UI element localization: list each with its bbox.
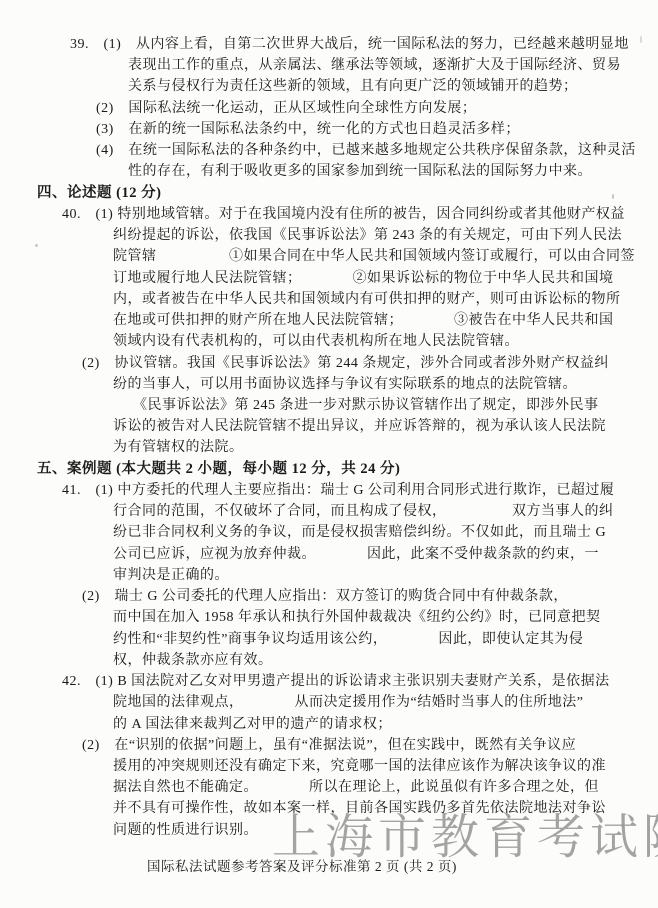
answer-41-line-4: 审判决是正确的。	[0, 565, 658, 586]
answer-41-line-3: 公司已应诉，应视为放弃仲裁。 因此，此案不受仲裁条款的约束，一	[0, 544, 658, 565]
answer-41-line-8: 权，仲裁条款亦应有效。	[0, 650, 658, 671]
answer-39-line-2: 关系与侵权行为责任这些新的领域，且有向更广泛的领域铺开的趋势；	[0, 76, 658, 97]
answer-40-line-4: 内，或者被告在中华人民共和国领域内有可供扣押的财产，则可由诉讼标的物所	[0, 289, 658, 310]
answer-39-line-3: (2) 国际私法统一化运动，正从区域性向全球性方向发展；	[0, 98, 658, 119]
answer-40-line-3: 订地或履行地人民法院管辖； ②如果诉讼标的物位于中华人民共和国境	[0, 268, 658, 289]
page-footer: 国际私法试题参考答案及评分标准第 2 页 (共 2 页)	[147, 855, 457, 875]
answer-40-line-5: 在地或可供扣押的财产所在地人民法院管辖； ③被告在中华人民共和国	[0, 310, 658, 331]
section-heading-essay: 四、论述题 (12 分)	[0, 183, 658, 204]
scanned-answer-key-page: 39. (1) 从内容上看，自第二次世界大战后，统一国际私法的努力，已经越来越明…	[0, 0, 658, 908]
answer-39-line-6: 性的存在，有利于吸收更多的国家参加到统一国际私法的国际努力中来。	[0, 161, 658, 182]
answer-41-line-2: 纷已非合同权利义务的争议，而是侵权损害赔偿纠纷。不仅如此，而且瑞士 G	[0, 522, 658, 543]
scan-speck	[621, 824, 624, 827]
answer-40-line-11: 为有管辖权的法院。	[0, 437, 658, 458]
scan-speck	[640, 36, 642, 43]
answer-42-line-4: 援用的冲突规则还没有确定下来，究竟哪一国的法律应该作为解决该争议的准	[0, 756, 658, 777]
answer-39-line-4: (3) 在新的统一国际私法条约中，统一化的方式也日趋灵活多样；	[0, 119, 658, 140]
scan-speck	[612, 194, 614, 199]
answer-39-line-0: 39. (1) 从内容上看，自第二次世界大战后，统一国际私法的努力，已经越来越明…	[0, 34, 658, 55]
answer-40-line-1: 纠纷提起的诉讼，依我国《民事诉讼法》第 243 条的有关规定，可由下列人民法	[0, 225, 658, 246]
answer-40-line-6: 领域内设有代表机构的，可以由代表机构所在地人民法院管辖。	[0, 331, 658, 352]
answer-42-line-3: (2) 在“识别的依据”问题上，虽有“准据法说”，但在实践中，既然有关争议应	[0, 735, 658, 756]
answer-41-line-6: 而中国在加入 1958 年承认和执行外国仲裁裁决《纽约公约》时，已同意把契	[0, 607, 658, 628]
answer-40-line-10: 诉讼的被告对人民法院管辖不提出异议，并应诉答辩的，视为承认该人民法院	[0, 416, 658, 437]
answer-42-line-0: 42. (1) B 国法院对乙女对甲男遗产提出的诉讼请求主张识别夫妻财产关系，是…	[0, 671, 658, 692]
answer-41-line-1: 行合同的范围，不仅破坏了合同，而且构成了侵权， 双方当事人的纠	[0, 501, 658, 522]
answer-42-line-2: 的 A 国法律来裁判乙对甲的遗产的请求权；	[0, 714, 658, 735]
answer-39-line-5: (4) 在统一国际私法的各种条约中，已越来越多地规定公共秩序保留条款，这种灵活	[0, 140, 658, 161]
answer-40-line-0: 40. (1) 特别地域管辖。对于在我国境内没有住所的被告，因合同纠纷或者其他财…	[0, 204, 658, 225]
answer-40-line-2: 院管辖 ①如果合同在中华人民共和国领域内签订或履行，可以由合同签	[0, 246, 658, 267]
answer-42-line-5: 据法自然也不能确定。 所以在理论上，此说虽似有许多合理之处，但	[0, 777, 658, 798]
answer-41-line-0: 41. (1) 中方委托的代理人主要应指出：瑞士 G 公司利用合同形式进行欺诈，…	[0, 480, 658, 501]
answer-40-line-8: 纷的当事人，可以用书面协议选择与争议有实际联系的地点的法院管辖。	[0, 374, 658, 395]
answer-41-line-5: (2) 瑞士 G 公司委托的代理人应指出：双方签订的购货合同中有仲裁条款，	[0, 586, 658, 607]
answer-40-line-7: (2) 协议管辖。我国《民事诉讼法》第 244 条规定，涉外合同或者涉外财产权益…	[0, 353, 658, 374]
answer-39-line-1: 表现出工作的重点，从亲属法、继承法等领域，逐渐扩大及于国际经济、贸易	[0, 55, 658, 76]
section-heading-case: 五、案例题 (本大题共 2 小题，每小题 12 分，共 24 分)	[0, 459, 658, 480]
scan-speck	[35, 244, 38, 247]
document-body: 39. (1) 从内容上看，自第二次世界大战后，统一国际私法的努力，已经越来越明…	[0, 34, 658, 841]
answer-42-line-1: 院地国的法律观点， 从而决定援用作为“结婚时当事人的住所地法”	[0, 692, 658, 713]
answer-41-line-7: 约性和“非契约性”商事争议均适用该公约， 因此，即使认定其为侵	[0, 629, 658, 650]
answer-40-line-9: 《民事诉讼法》第 245 条进一步对默示协议管辖作出了规定，即涉外民事	[0, 395, 658, 416]
